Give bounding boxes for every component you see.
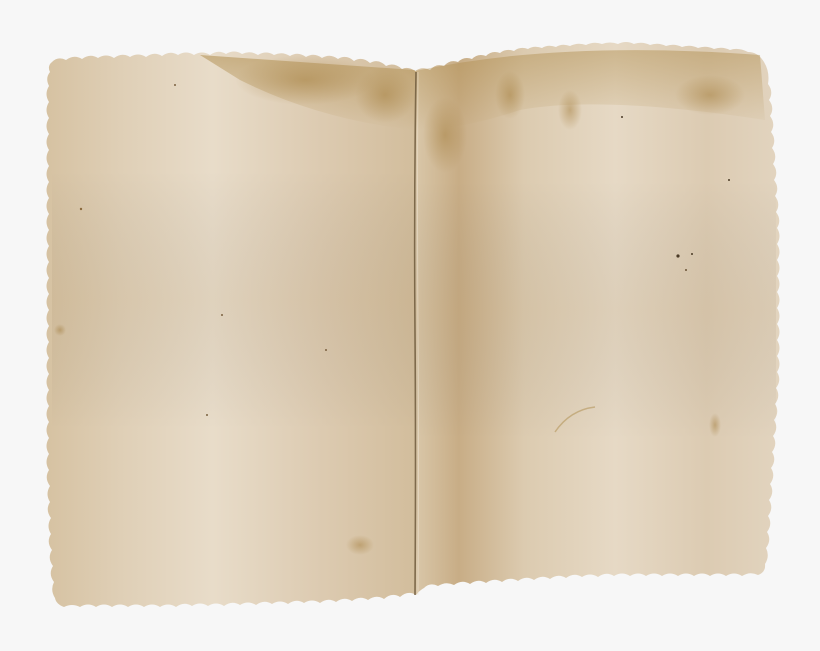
scene	[0, 0, 820, 651]
left-panel	[47, 52, 417, 608]
fold-line	[415, 72, 416, 595]
right-panel	[415, 42, 780, 595]
folded-card	[0, 0, 820, 651]
